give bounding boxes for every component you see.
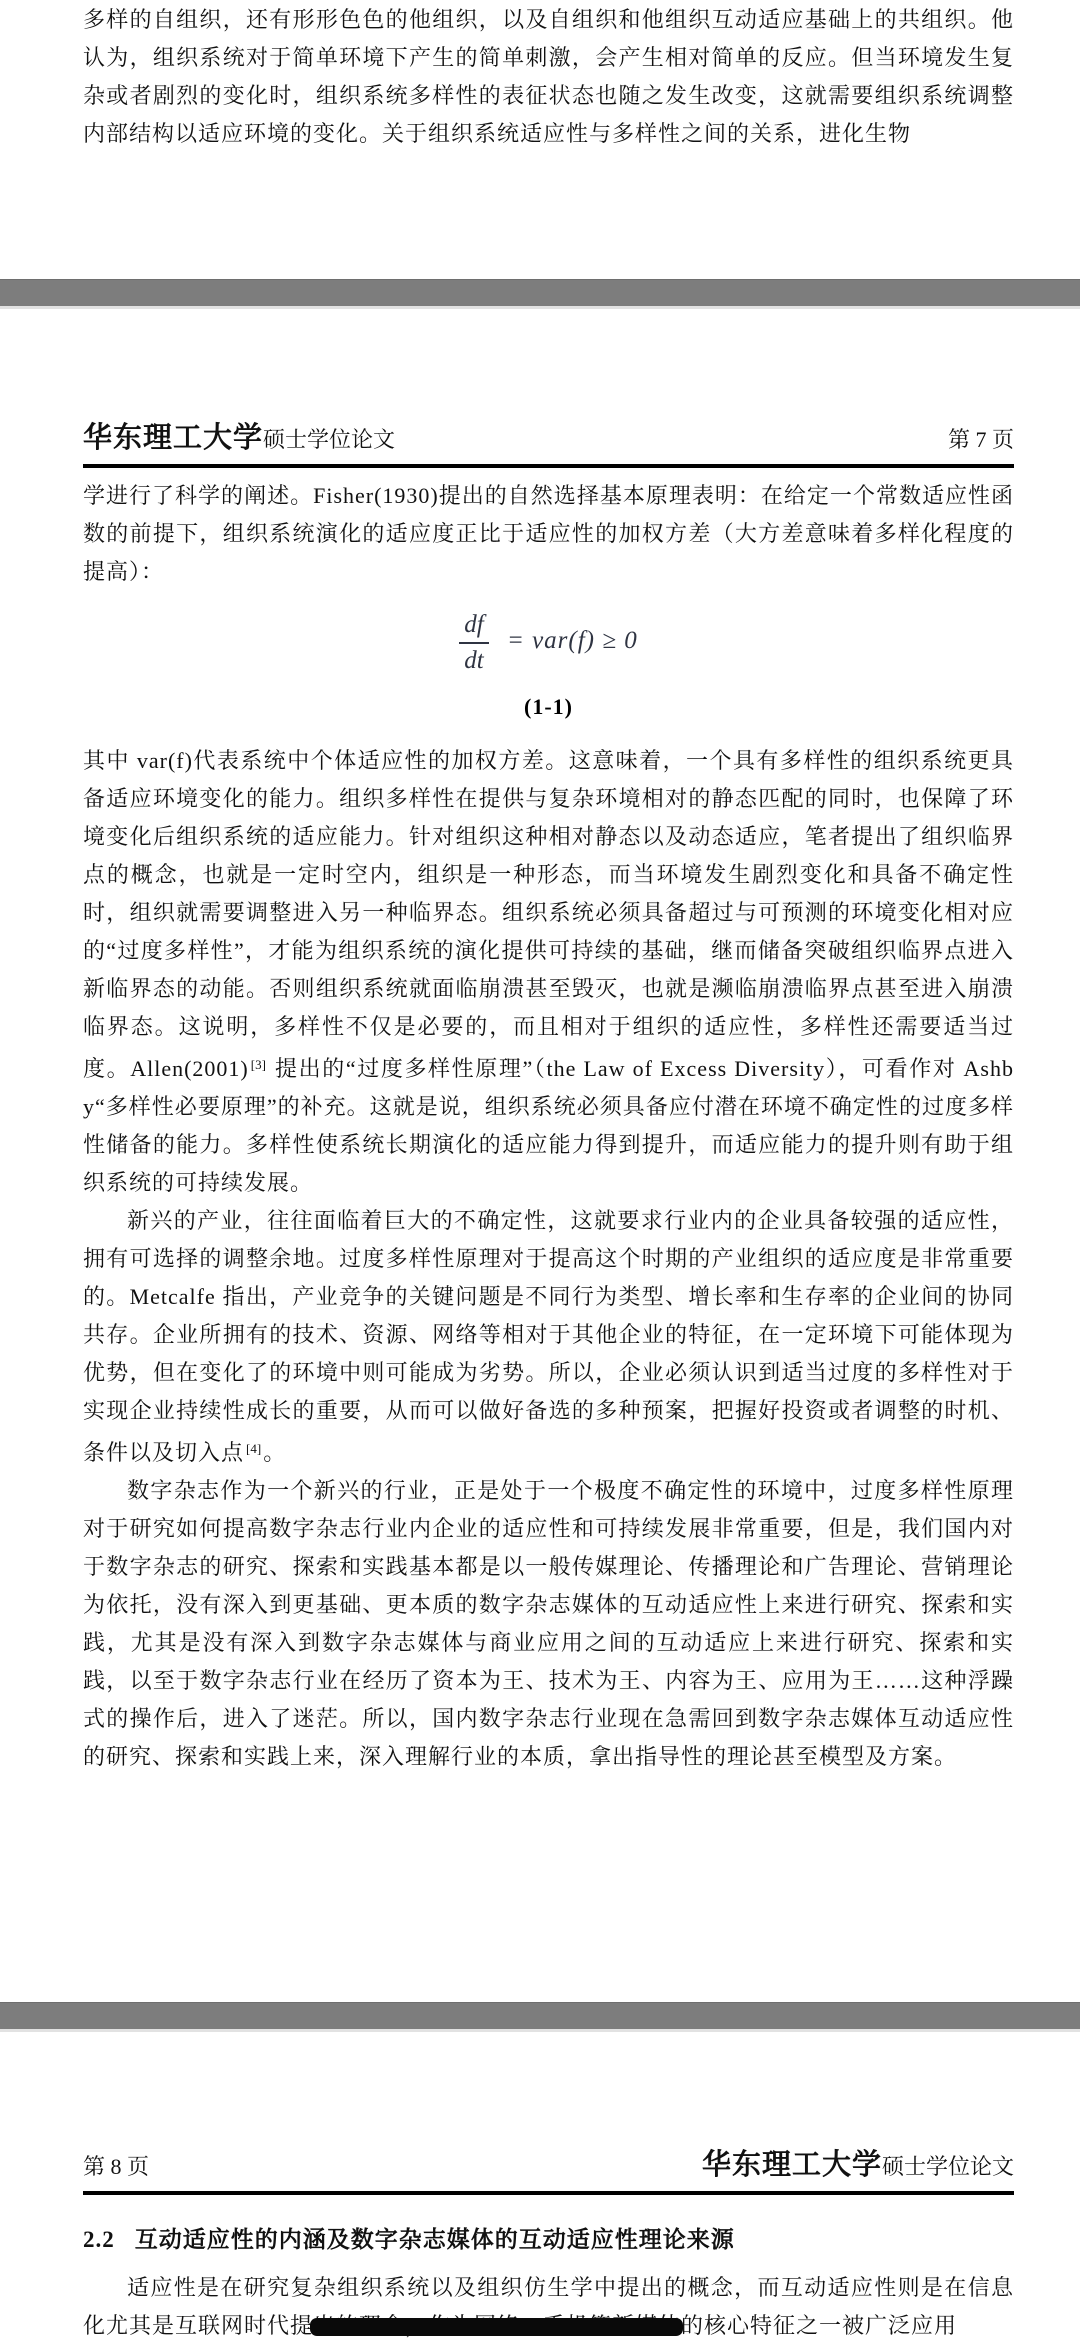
paragraph-2-text-cont: 。 — [263, 1440, 286, 1465]
section-title: 互动适应性的内涵及数字杂志媒体的互动适应性理论来源 — [135, 2223, 735, 2257]
paragraph-text-cont: 的核心特征之一被广泛应用 — [681, 2313, 957, 2338]
header-rule — [83, 2191, 1014, 2195]
redacted-text: 出的理念，作为网络、手机等新媒体 — [313, 2313, 681, 2338]
paragraph-1: 适应性是在研究复杂组织系统以及组织仿生学中提出的概念，而互动适应性则是在信息化尤… — [83, 2269, 1014, 2339]
page-separator — [0, 279, 1080, 309]
thesis-type-label: 硕士学位论文 — [882, 2154, 1014, 2179]
paragraph-1: 其中 var(f)代表系统中个体适应性的加权方差。这意味着，一个具有多样性的组织… — [83, 742, 1014, 1202]
paragraph-intro: 学进行了科学的阐述。Fisher(1930)提出的自然选择基本原理表明：在给定一… — [83, 477, 1014, 591]
page-number: 第 8 页 — [83, 2150, 149, 2184]
page-header: 第 8 页 华东理工大学硕士学位论文 — [83, 2148, 1014, 2184]
thesis-title: 华东理工大学硕士学位论文 — [83, 421, 395, 457]
header-rule — [83, 464, 1014, 468]
university-name: 华东理工大学 — [83, 422, 263, 454]
paragraph-3: 数字杂志作为一个新兴的行业，正是处于一个极度不确定性的环境中，过度多样性原理对于… — [83, 1472, 1014, 1776]
fraction-numerator: df — [459, 611, 488, 644]
page-7: 华东理工大学硕士学位论文 第 7 页 学进行了科学的阐述。Fisher(1930… — [0, 309, 1080, 2002]
page-separator — [0, 2002, 1080, 2032]
previous-page-fragment: 多样的自组织，还有形形色色的他组织，以及自组织和他组织互动适应基础上的共组织。他… — [0, 0, 1080, 279]
page-header: 华东理工大学硕士学位论文 第 7 页 — [83, 421, 1014, 457]
thesis-title: 华东理工大学硕士学位论文 — [702, 2148, 1014, 2184]
citation-ref-3: [3] — [249, 1057, 268, 1072]
formula-rhs: = var(f) ≥ 0 — [507, 627, 638, 654]
page-number: 第 7 页 — [948, 423, 1014, 457]
citation-ref-4: [4] — [244, 1441, 263, 1456]
section-heading: 2.2 互动适应性的内涵及数字杂志媒体的互动适应性理论来源 — [83, 2223, 1014, 2257]
thesis-document-view: { "colors": { "page_background": "#fffff… — [0, 0, 1080, 2339]
paragraph-2: 新兴的产业，往往面临着巨大的不确定性，这就要求行业内的企业具备较强的适应性，拥有… — [83, 1202, 1014, 1472]
fraction-denominator: dt — [459, 644, 488, 675]
formula: df dt = var(f) ≥ 0 — [83, 611, 1014, 674]
page-8: 第 8 页 华东理工大学硕士学位论文 2.2 互动适应性的内涵及数字杂志媒体的互… — [0, 2032, 1080, 2339]
fraction: df dt — [459, 611, 488, 674]
paragraph-tail: 多样的自组织，还有形形色色的他组织，以及自组织和他组织互动适应基础上的共组织。他… — [83, 1, 1014, 153]
equation-number: (1-1) — [83, 696, 1014, 718]
section-number: 2.2 — [83, 2223, 115, 2257]
university-name: 华东理工大学 — [702, 2149, 882, 2181]
paragraph-2-text: 新兴的产业，往往面临着巨大的不确定性，这就要求行业内的企业具备较强的适应性，拥有… — [83, 1208, 1014, 1465]
paragraph-1-text: 其中 var(f)代表系统中个体适应性的加权方差。这意味着，一个具有多样性的组织… — [83, 748, 1014, 1081]
thesis-type-label: 硕士学位论文 — [263, 427, 395, 452]
